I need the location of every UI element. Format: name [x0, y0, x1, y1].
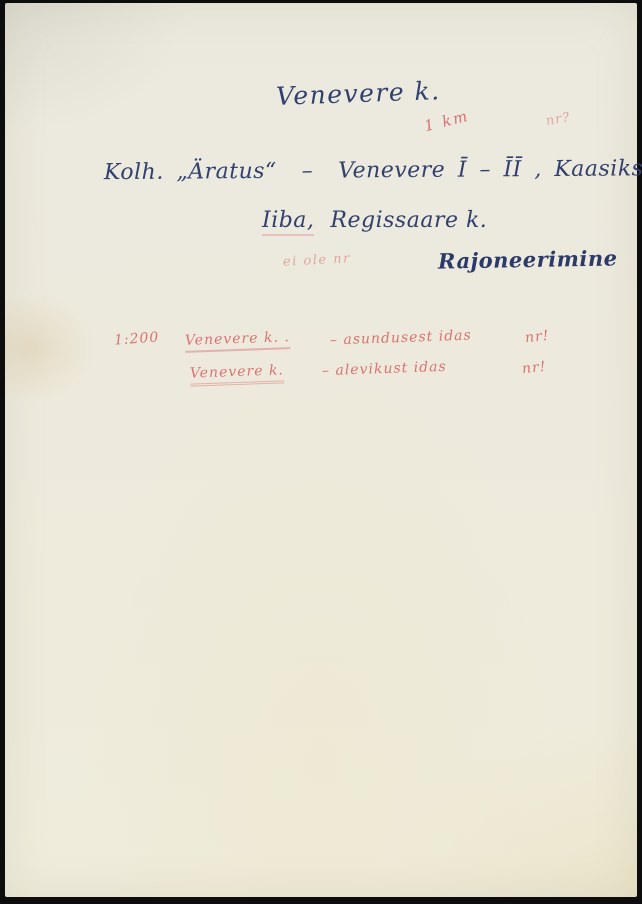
index-row2-mark: nr!: [521, 359, 547, 378]
village-regissaare: Regissaare k.: [330, 208, 487, 236]
page-title-handwriting: Venevere k.: [276, 77, 442, 111]
village-iiba: Iiba,: [262, 208, 314, 236]
rajoneerimine-handwriting: Rajoneerimine: [438, 246, 618, 273]
kolhoos-line-handwriting: Kolh. „Äratus“ – Venevere Ī – ĪĪ , Kaasi…: [104, 156, 642, 185]
paper-sheet: [5, 3, 637, 897]
index-row1-name: Venevere k. .: [185, 329, 291, 353]
villages-line-handwriting: Iiba, Regissaare k.: [262, 208, 487, 236]
index-row1-mark: nr!: [524, 328, 550, 347]
index-scale: 1:200: [113, 329, 159, 348]
index-row2-name: Venevere k.: [190, 362, 285, 386]
scanned-document: Venevere k. 1 km nr? Kolh. „Äratus“ – Ve…: [0, 0, 642, 904]
